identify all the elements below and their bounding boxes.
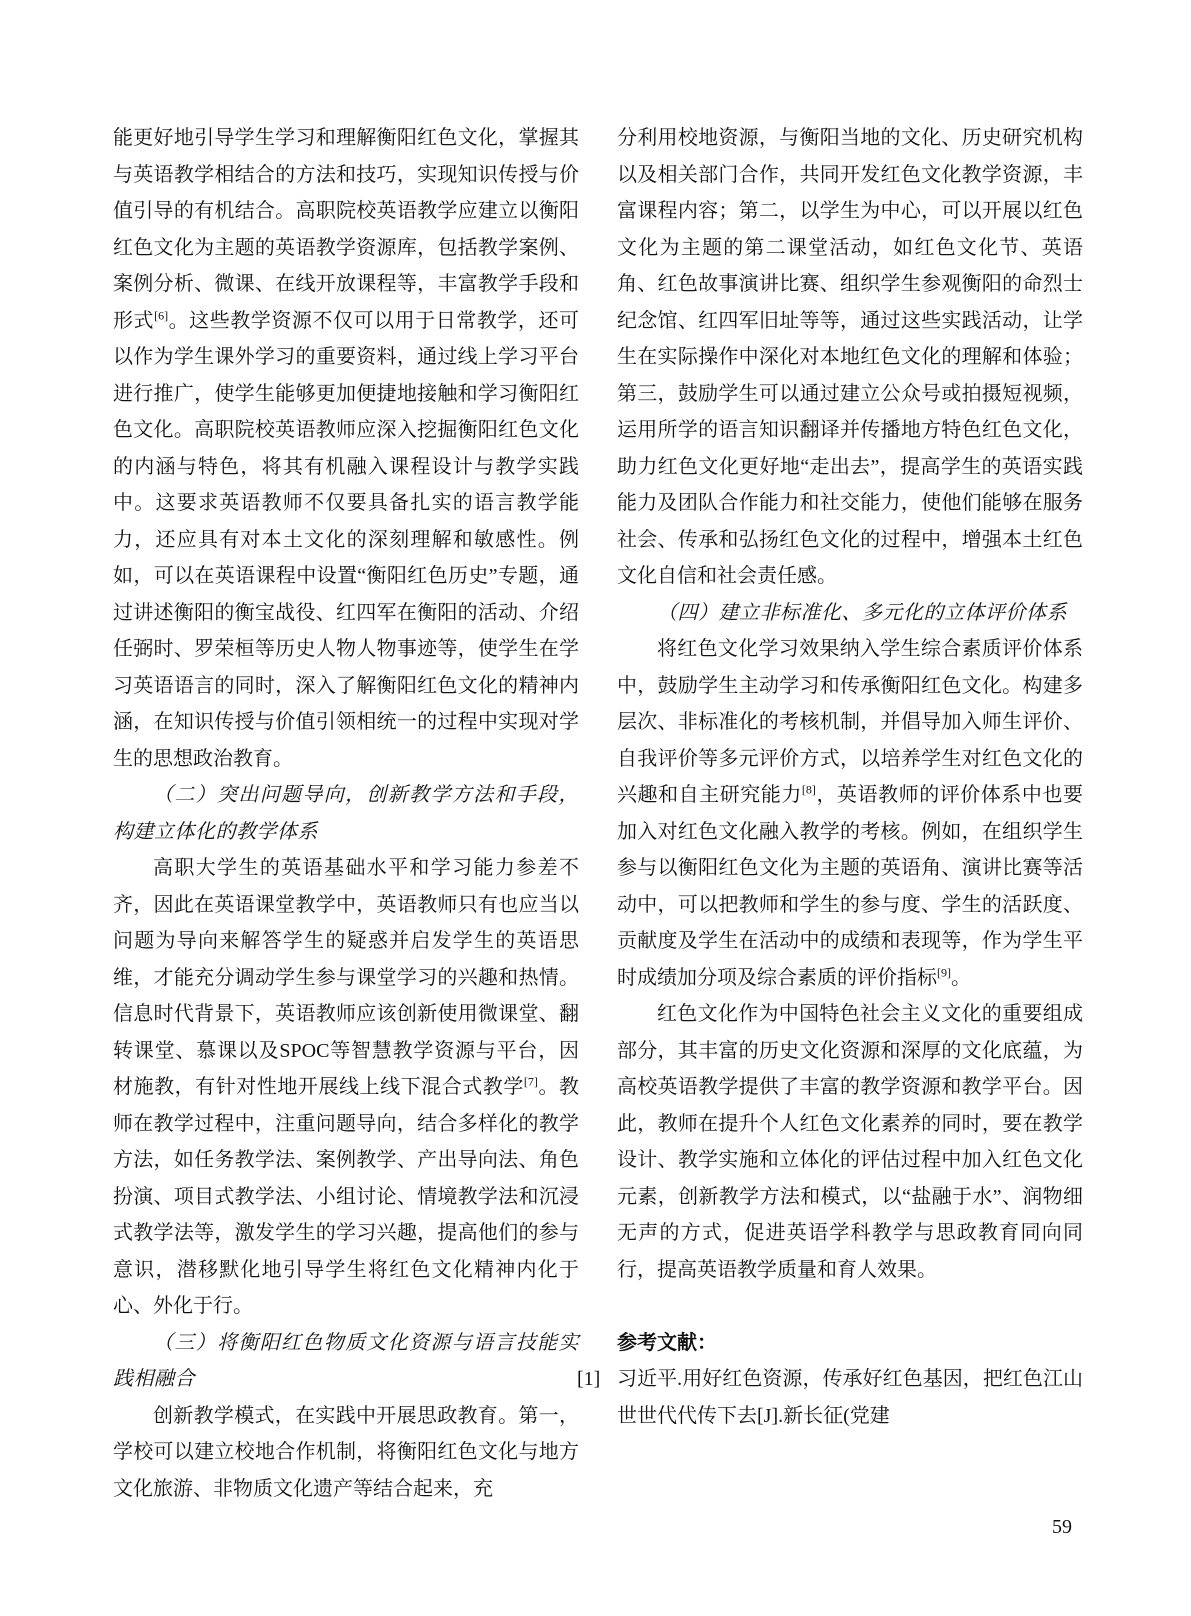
footnote-marker: [7] <box>524 1074 538 1088</box>
footnote-marker: [9] <box>937 965 951 979</box>
paragraph-text: 。 <box>951 967 971 989</box>
paragraph-text: 能更好地引导学生学习和理解衡阳红色文化，掌握其与英语教学相结合的方法和技巧，实现… <box>113 127 579 332</box>
right-column: 分利用校地资源，与衡阳当地的文化、历史研究机构以及相关部门合作，共同开发红色文化… <box>617 120 1083 1507</box>
footnote-marker: [8] <box>802 782 816 796</box>
page-number: 59 <box>1052 1512 1072 1542</box>
page-body: 能更好地引导学生学习和理解衡阳红色文化，掌握其与英语教学相结合的方法和技巧，实现… <box>113 120 1083 1507</box>
paragraph: 红色文化作为中国特色社会主义文化的重要组成部分，其丰富的历史文化资源和深厚的文化… <box>617 996 1083 1288</box>
reference-item: [1]习近平.用好红色资源，传承好红色基因，把红色江山世世代代传下去[J].新长… <box>617 1361 1083 1434</box>
paragraph: 创新教学模式，在实践中开展思政教育。第一，学校可以建立校地合作机制，将衡阳红色文… <box>113 1398 579 1508</box>
paragraph-text: 。教师在教学过程中，注重问题导向，结合多样化的教学方法，如任务教学法、案例教学、… <box>113 1076 579 1317</box>
left-column: 能更好地引导学生学习和理解衡阳红色文化，掌握其与英语教学相结合的方法和技巧，实现… <box>113 120 579 1507</box>
paragraph-text: 高职大学生的英语基础水平和学习能力参差不齐，因此在英语课堂教学中，英语教师只有也… <box>113 857 579 1098</box>
paragraph-text: 将红色文化学习效果纳入学生综合素质评价体系中，鼓励学生主动学习和传承衡阳红色文化… <box>617 638 1083 806</box>
section-heading: （三）将衡阳红色物质文化资源与语言技能实践相融合 <box>113 1325 579 1398</box>
reference-label: [1] <box>577 1361 617 1398</box>
paragraph: 将红色文化学习效果纳入学生综合素质评价体系中，鼓励学生主动学习和传承衡阳红色文化… <box>617 631 1083 996</box>
paragraph: 高职大学生的英语基础水平和学习能力参差不齐，因此在英语课堂教学中，英语教师只有也… <box>113 850 579 1325</box>
footnote-marker: [6] <box>154 308 168 322</box>
paragraph: 能更好地引导学生学习和理解衡阳红色文化，掌握其与英语教学相结合的方法和技巧，实现… <box>113 120 579 777</box>
reference-text: 习近平.用好红色资源，传承好红色基因，把红色江山世世代代传下去[J].新长征(党… <box>617 1368 1083 1427</box>
paragraph-text: 。这些教学资源不仅可以用于日常教学，还可以作为学生课外学习的重要资料，通过线上学… <box>113 310 579 770</box>
section-heading: （二）突出问题导向，创新教学方法和手段，构建立体化的教学体系 <box>113 777 579 850</box>
paragraph: 分利用校地资源，与衡阳当地的文化、历史研究机构以及相关部门合作，共同开发红色文化… <box>617 120 1083 595</box>
section-heading: （四）建立非标准化、多元化的立体评价体系 <box>617 595 1083 632</box>
references-heading: 参考文献： <box>617 1325 1083 1362</box>
paragraph-text: ，英语教师的评价体系中也要加入对红色文化融入教学的考核。例如，在组织学生参与以衡… <box>617 784 1083 989</box>
